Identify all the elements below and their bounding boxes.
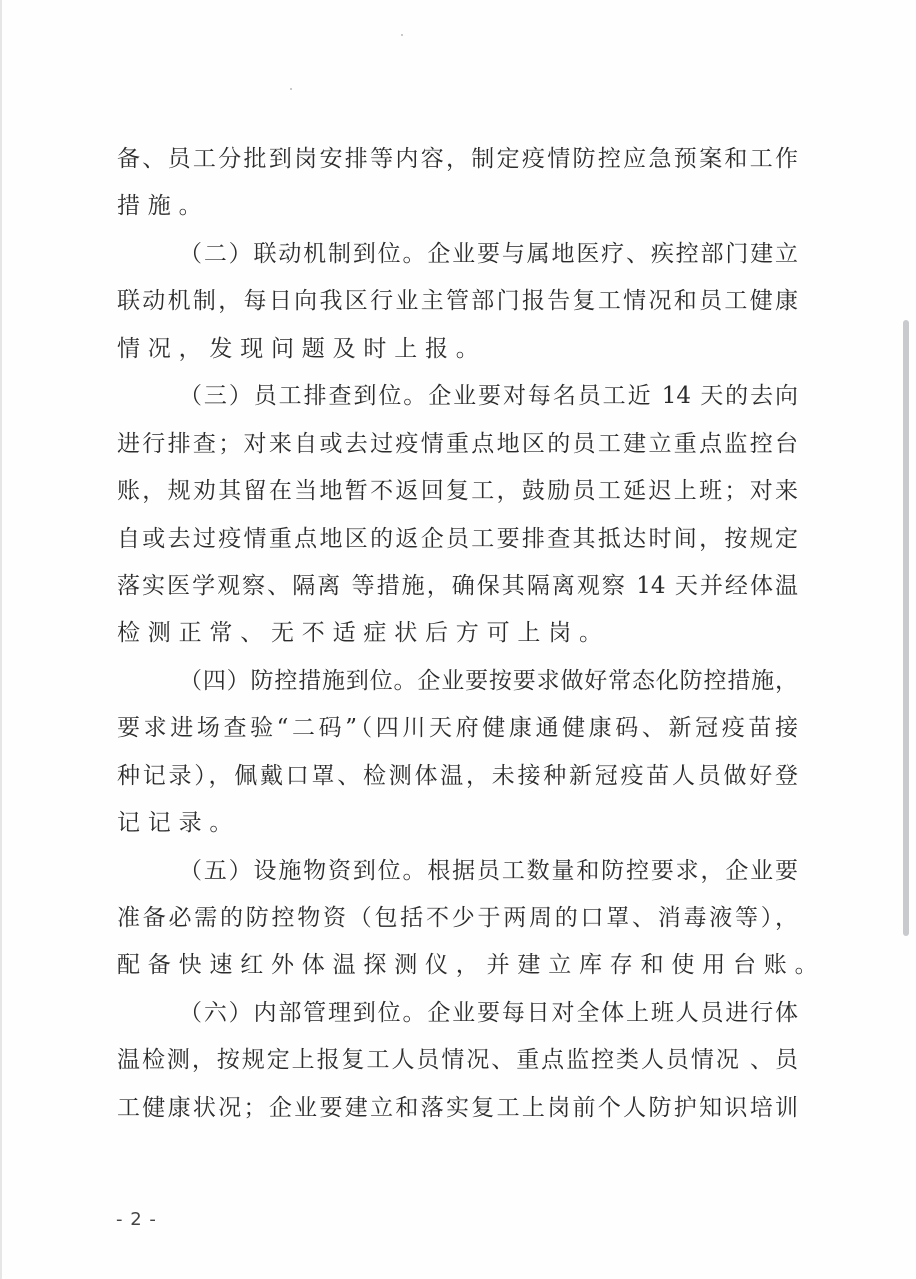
text-line: 准备必需的防控物资（包括不少于两周的口罩、消毒液等）， — [117, 895, 798, 942]
text-line: 要求进场查验“二码”（四川天府健康通健康码、新冠疫苗接 — [117, 705, 798, 752]
text-line: 进行排查；对来自或去过疫情重点地区的员工建立重点监控台 — [117, 421, 798, 468]
page-number: - 2 - — [116, 1209, 157, 1230]
text-line: 检测正常、无不适症状后方可上岗。 — [117, 610, 798, 657]
paragraph-section-6: （六）内部管理到位。企业要每日对全体上班人员进行体 温检测，按规定上报复工人员情… — [117, 990, 798, 1132]
text-line: 温检测，按规定上报复工人员情况、重点监控类人员情况 、员 — [117, 1037, 798, 1084]
page-edge — [0, 0, 2, 1279]
section-heading-line: （三）员工排查到位。企业要对每名员工近 14 天的去向 — [117, 373, 798, 420]
paragraph-section-4: （四）防控措施到位。企业要按要求做好常态化防控措施， 要求进场查验“二码”（四川… — [117, 658, 798, 848]
section-heading-line: （五）设施物资到位。根据员工数量和防控要求，企业要 — [117, 848, 798, 895]
document-body: 备、员工分批到岗安排等内容，制定疫情防控应急预案和工作 措施。 （二）联动机制到… — [117, 136, 798, 1132]
section-heading-line: （四）防控措施到位。企业要按要求做好常态化防控措施， — [117, 658, 798, 705]
text-line: 种记录），佩戴口罩、检测体温，未接种新冠疫苗人员做好登 — [117, 753, 798, 800]
paragraph-section-2: （二）联动机制到位。企业要与属地医疗、疾控部门建立 联动机制，每日向我区行业主管… — [117, 231, 798, 373]
text-line: 账，规劝其留在当地暂不返回复工，鼓励员工延迟上班；对来 — [117, 468, 798, 515]
text-line: 备、员工分批到岗安排等内容，制定疫情防控应急预案和工作 — [117, 136, 798, 183]
scan-speck — [290, 88, 292, 90]
section-heading-line: （二）联动机制到位。企业要与属地医疗、疾控部门建立 — [117, 231, 798, 278]
paragraph-continuation: 备、员工分批到岗安排等内容，制定疫情防控应急预案和工作 措施。 — [117, 136, 798, 231]
paragraph-section-3: （三）员工排查到位。企业要对每名员工近 14 天的去向 进行排查；对来自或去过疫… — [117, 373, 798, 658]
scrollbar-thumb[interactable] — [903, 320, 909, 936]
document-page: 备、员工分批到岗安排等内容，制定疫情防控应急预案和工作 措施。 （二）联动机制到… — [0, 0, 916, 1279]
vertical-scrollbar[interactable] — [900, 318, 912, 938]
text-line: 情况，发现问题及时上报。 — [117, 326, 798, 373]
scan-speck — [401, 34, 403, 36]
section-heading-line: （六）内部管理到位。企业要每日对全体上班人员进行体 — [117, 990, 798, 1037]
text-line: 工健康状况；企业要建立和落实复工上岗前个人防护知识培训 — [117, 1085, 798, 1132]
text-line: 联动机制，每日向我区行业主管部门报告复工情况和员工健康 — [117, 278, 798, 325]
text-line: 措施。 — [117, 183, 798, 230]
text-line: 自或去过疫情重点地区的返企员工要排查其抵达时间，按规定 — [117, 516, 798, 563]
paragraph-section-5: （五）设施物资到位。根据员工数量和防控要求，企业要 准备必需的防控物资（包括不少… — [117, 848, 798, 990]
text-line: 配备快速红外体温探测仪，并建立库存和使用台账。 — [117, 942, 798, 989]
text-line: 落实医学观察、隔离 等措施，确保其隔离观察 14 天并经体温 — [117, 563, 798, 610]
text-line: 记记录。 — [117, 800, 798, 847]
